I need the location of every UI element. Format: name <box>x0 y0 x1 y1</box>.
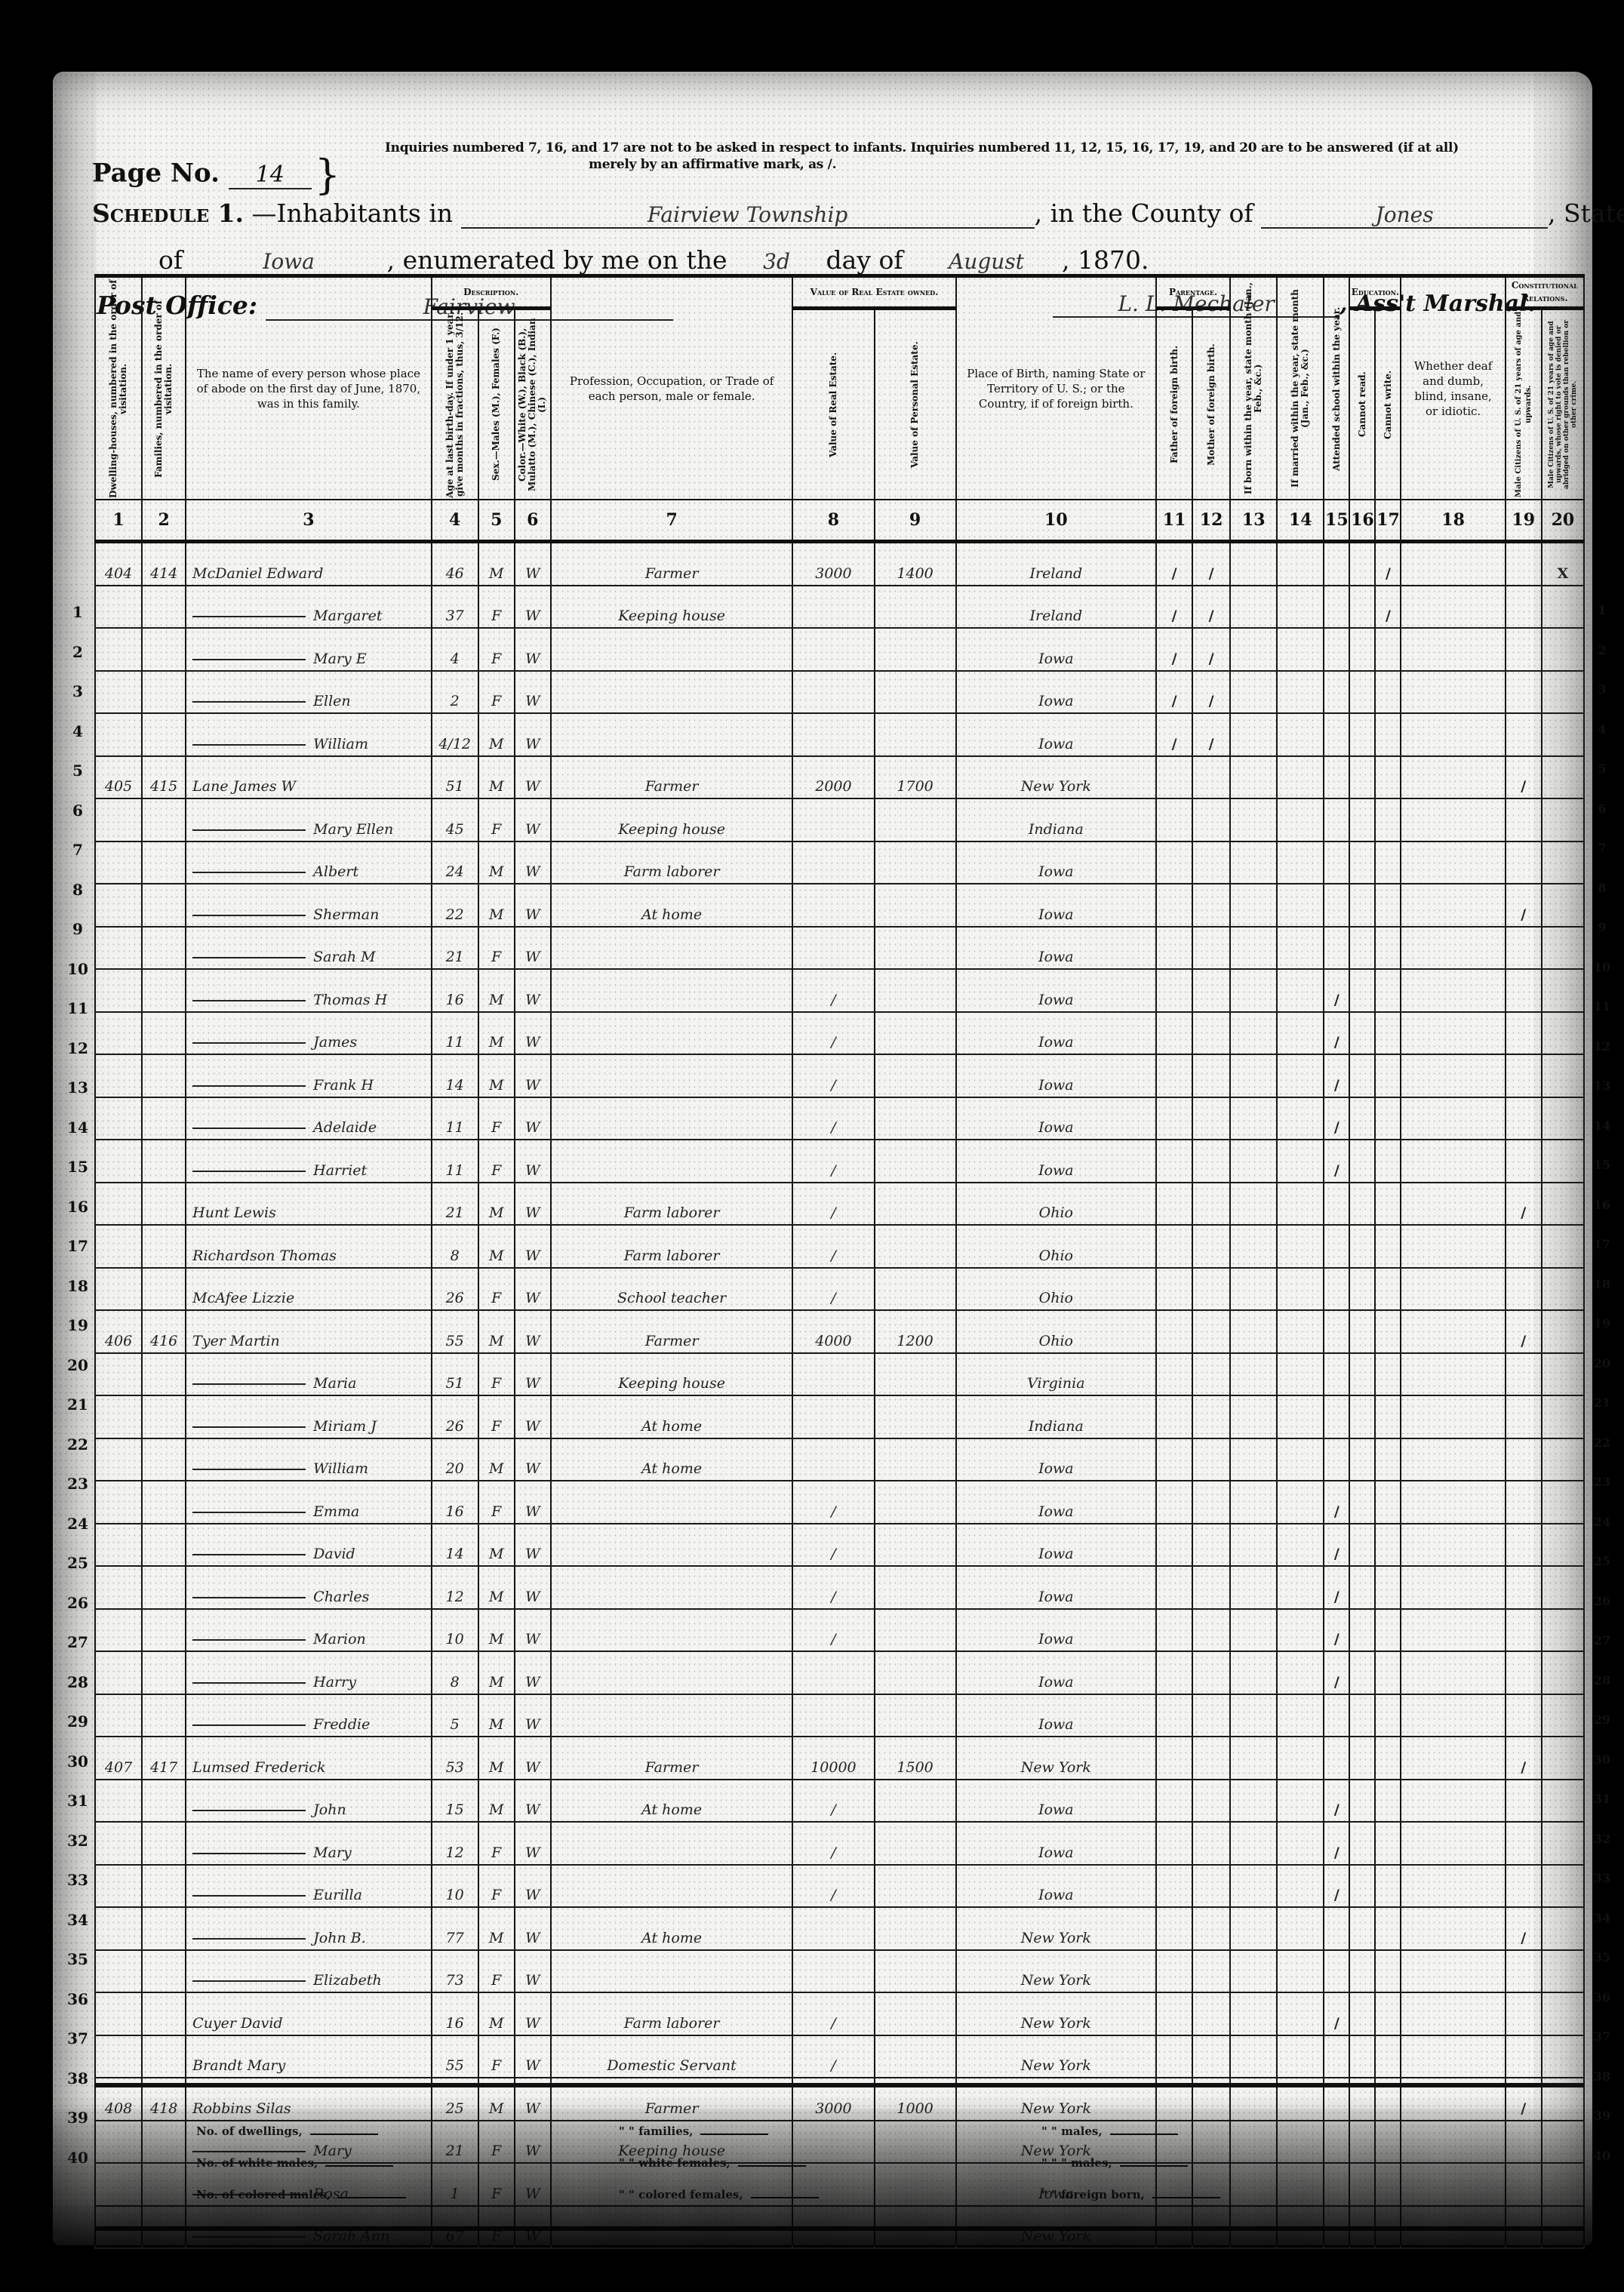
male-citizen-mark-cell <box>1506 969 1542 1012</box>
color: W <box>525 1119 540 1136</box>
mother-foreign-mark: / <box>1209 608 1214 624</box>
person-name: Harriet <box>313 1162 367 1179</box>
color: W <box>525 2015 540 2032</box>
table-row: John B.77MWAt homeNew York/ <box>95 1907 1584 1950</box>
male-citizen-mark-cell: / <box>1506 1907 1542 1950</box>
born-within-year-cell <box>1230 841 1277 884</box>
table-row: James11MW/Iowa/ <box>95 1012 1584 1055</box>
occupation-cell <box>551 1694 792 1737</box>
male-citizen-mark-cell: / <box>1506 756 1542 799</box>
occupation-cell <box>551 927 792 970</box>
table-row: Elizabeth73FWNew York <box>95 1950 1584 1993</box>
age: 8 <box>451 1674 460 1691</box>
cannot-read-mark-cell <box>1349 1651 1375 1694</box>
male-citizen-mark: / <box>1521 1930 1526 1946</box>
birthplace-cell: Virginia <box>956 1353 1156 1396</box>
sex: M <box>489 1034 503 1051</box>
line-number-right: 6 <box>1591 801 1613 816</box>
real-estate-value-cell <box>792 713 874 756</box>
person-name: Miriam J <box>313 1418 377 1435</box>
inquiry-instructions: Inquiries numbered 7, 16, and 17 are not… <box>385 140 1570 173</box>
father-foreign-mark-cell <box>1156 1950 1192 1993</box>
attended-school-mark-cell: / <box>1324 1651 1349 1694</box>
line-number-left: 24 <box>66 1515 89 1533</box>
line-number-right: 39 <box>1591 2109 1613 2123</box>
dwelling-number-cell <box>95 586 142 629</box>
birthplace: Iowa <box>1038 949 1074 965</box>
real-estate-value: / <box>831 1631 835 1647</box>
attended-school-mark-cell: / <box>1324 1481 1349 1524</box>
attended-school-mark: / <box>1334 1801 1339 1818</box>
occupation-cell: Keeping house <box>551 1353 792 1396</box>
father-foreign-mark: / <box>1172 736 1177 752</box>
born-within-year-cell <box>1230 1609 1277 1652</box>
enumerated-label: , enumerated by me on the <box>387 245 727 275</box>
vote-denied-mark-cell <box>1542 884 1584 927</box>
line-number-left: 15 <box>66 1158 89 1176</box>
attended-school-mark-cell <box>1324 927 1349 970</box>
male-citizen-mark-cell <box>1506 2121 1542 2164</box>
table-row: Cuyer David16MWFarm laborer/New York/ <box>95 1992 1584 2035</box>
sex-cell: M <box>478 542 515 586</box>
male-citizen-mark-cell: / <box>1506 1310 1542 1353</box>
age: 11 <box>446 1034 464 1051</box>
line-number-left: 1 <box>66 603 89 621</box>
color-cell: W <box>515 1737 551 1780</box>
dwelling-number-cell <box>95 1225 142 1268</box>
married-within-year-cell <box>1277 1694 1324 1737</box>
color: W <box>525 651 540 667</box>
line-number-left: 28 <box>66 1673 89 1691</box>
male-citizen-mark-cell: / <box>1506 1183 1542 1226</box>
personal-estate-value-cell <box>875 1481 956 1524</box>
personal-estate-value-cell <box>875 1140 956 1183</box>
color: W <box>525 863 540 880</box>
sex: F <box>491 1162 501 1179</box>
sex: M <box>489 1248 503 1264</box>
cannot-read-mark-cell <box>1349 586 1375 629</box>
same-surname-dash <box>192 1000 306 1001</box>
vote-denied-mark-cell <box>1542 2035 1584 2078</box>
sex: M <box>489 1589 503 1605</box>
real-estate-value: / <box>831 2015 835 2032</box>
married-within-year-cell <box>1277 1907 1324 1950</box>
sex: M <box>489 736 503 752</box>
cannot-read-mark-cell <box>1349 1737 1375 1780</box>
line-number-right: 34 <box>1591 1911 1613 1925</box>
male-citizen-mark-cell <box>1506 927 1542 970</box>
person-name-cell: Tyer Martin <box>186 1310 431 1353</box>
table-row: Brandt Mary55FWDomestic Servant/New York <box>95 2035 1584 2078</box>
birthplace-cell: Iowa <box>956 713 1156 756</box>
sex-cell: F <box>478 586 515 629</box>
mother-foreign-mark-cell <box>1192 841 1230 884</box>
occupation: Farm laborer <box>624 1204 720 1221</box>
personal-estate-value-cell <box>875 884 956 927</box>
occupation: At home <box>641 906 702 923</box>
color-cell: W <box>515 927 551 970</box>
color: W <box>525 2057 540 2074</box>
page-number: Page No. 14} <box>92 151 340 198</box>
married-within-year-cell <box>1277 1950 1324 1993</box>
real-estate-value-cell: 3000 <box>792 542 874 586</box>
vote-denied-mark-cell <box>1542 671 1584 714</box>
color: W <box>525 1972 540 1989</box>
birthplace: Iowa <box>1038 1844 1074 1861</box>
married-within-year-cell <box>1277 1865 1324 1908</box>
age-cell: 4 <box>432 628 478 671</box>
person-name: Tyer Martin <box>192 1333 280 1349</box>
same-surname-dash <box>192 829 306 831</box>
of-label: of <box>158 245 183 275</box>
line-number-right: 40 <box>1591 2149 1613 2163</box>
mother-foreign-mark-cell <box>1192 1183 1230 1226</box>
birthplace: Iowa <box>1038 1801 1074 1818</box>
line-number-left: 27 <box>66 1633 89 1651</box>
age-cell: 26 <box>432 1268 478 1311</box>
real-estate-value-cell: 10000 <box>792 1737 874 1780</box>
occupation-cell: At home <box>551 1438 792 1481</box>
male-citizen-mark-cell <box>1506 1566 1542 1609</box>
sex: M <box>489 2015 503 2032</box>
color-cell: W <box>515 1353 551 1396</box>
cannot-write-mark-cell <box>1375 713 1401 756</box>
occupation-cell: Domestic Servant <box>551 2035 792 2078</box>
person-name: Freddie <box>313 1716 370 1733</box>
occupation-cell <box>551 969 792 1012</box>
married-within-year-cell <box>1277 671 1324 714</box>
age: 14 <box>446 1077 464 1094</box>
sex: F <box>491 1119 501 1136</box>
born-within-year-cell <box>1230 1310 1277 1353</box>
line-number-right: 36 <box>1591 1990 1613 2004</box>
sex: M <box>489 1460 503 1477</box>
real-estate-value-cell <box>792 1353 874 1396</box>
real-estate-value-cell: / <box>792 1780 874 1823</box>
attended-school-mark-cell: / <box>1324 969 1349 1012</box>
disability-cell <box>1401 1822 1505 1865</box>
married-within-year-cell <box>1277 1438 1324 1481</box>
line-number-right: 37 <box>1591 2029 1613 2044</box>
line-number-left: 7 <box>66 841 89 859</box>
married-within-year-cell <box>1277 1524 1324 1567</box>
married-within-year-cell <box>1277 1268 1324 1311</box>
dwelling-number-cell <box>95 2035 142 2078</box>
family-number-cell <box>142 1054 186 1097</box>
born-within-year-cell <box>1230 1694 1277 1737</box>
attended-school-mark-cell <box>1324 1950 1349 1993</box>
attended-school-mark-cell <box>1324 884 1349 927</box>
disability-cell <box>1401 841 1505 884</box>
real-estate-value-cell <box>792 927 874 970</box>
personal-estate-value-cell <box>875 1395 956 1438</box>
birthplace: Iowa <box>1038 1119 1074 1136</box>
header-group-row: Dwelling-houses, numbered in the order o… <box>95 276 1584 309</box>
real-estate-value-cell: / <box>792 1566 874 1609</box>
same-surname-dash <box>192 1554 306 1555</box>
birthplace-cell: Iowa <box>956 1524 1156 1567</box>
vote-denied-mark-cell <box>1542 628 1584 671</box>
age-cell: 53 <box>432 1737 478 1780</box>
birthplace-cell: Iowa <box>956 1140 1156 1183</box>
age: 21 <box>446 1204 464 1221</box>
birthplace-cell: Iowa <box>956 884 1156 927</box>
personal-estate-value-cell <box>875 1438 956 1481</box>
dwelling-number-cell <box>95 884 142 927</box>
enumeration-line: of Iowa, enumerated by me on the 3d day … <box>158 245 1149 275</box>
occupation-cell <box>551 1054 792 1097</box>
disability-cell <box>1401 1140 1505 1183</box>
disability-cell <box>1401 671 1505 714</box>
color: W <box>525 736 540 752</box>
cannot-read-mark-cell <box>1349 671 1375 714</box>
sex-cell: F <box>478 628 515 671</box>
color-cell: W <box>515 1183 551 1226</box>
color-cell: W <box>515 1651 551 1694</box>
born-within-year-cell <box>1230 1395 1277 1438</box>
sex-cell: F <box>478 1353 515 1396</box>
person-name: Adelaide <box>313 1119 377 1136</box>
real-estate-value-cell <box>792 1694 874 1737</box>
father-foreign-mark-cell <box>1156 1054 1192 1097</box>
line-number-left: 40 <box>66 2149 89 2167</box>
color-cell: W <box>515 1054 551 1097</box>
age-cell: 51 <box>432 756 478 799</box>
family-number-cell: 416 <box>142 1310 186 1353</box>
attended-school-mark-cell <box>1324 1310 1349 1353</box>
born-within-year-cell <box>1230 1950 1277 1993</box>
line-number-left: 33 <box>66 1871 89 1889</box>
line-number-left: 37 <box>66 2029 89 2047</box>
real-estate-value-cell <box>792 1950 874 1993</box>
married-within-year-cell <box>1277 1140 1324 1183</box>
line-number-right: 11 <box>1591 999 1613 1014</box>
color-cell: W <box>515 1566 551 1609</box>
cannot-read-mark-cell <box>1349 542 1375 586</box>
occupation-cell: Farmer <box>551 1737 792 1780</box>
table-row: Frank H14MW/Iowa/ <box>95 1054 1584 1097</box>
occupation-cell: At home <box>551 1395 792 1438</box>
father-foreign-mark-cell <box>1156 1438 1192 1481</box>
person-name: Harry <box>313 1674 356 1691</box>
sex: M <box>489 1333 503 1349</box>
table-row: Richardson Thomas8MWFarm laborer/Ohio <box>95 1225 1584 1268</box>
family-number: 414 <box>150 565 177 582</box>
age: 22 <box>446 906 464 923</box>
line-number-right: 10 <box>1591 960 1613 974</box>
sex: F <box>491 1290 501 1306</box>
cannot-write-mark-cell: / <box>1375 586 1401 629</box>
occupation-cell: Farm laborer <box>551 1992 792 2035</box>
family-number-cell <box>142 1353 186 1396</box>
age-cell: 8 <box>432 1225 478 1268</box>
birthplace-cell: Ireland <box>956 542 1156 586</box>
schedule-line: Schedule 1. —Inhabitants in Fairview Tow… <box>92 198 1624 229</box>
male-citizen-mark-cell <box>1506 671 1542 714</box>
occupation-cell <box>551 1524 792 1567</box>
line-number-left: 8 <box>66 881 89 899</box>
male-citizen-mark-cell <box>1506 713 1542 756</box>
personal-estate-value-cell <box>875 1907 956 1950</box>
vote-denied-mark-cell <box>1542 1054 1584 1097</box>
family-number-cell <box>142 1097 186 1140</box>
cannot-read-mark-cell <box>1349 628 1375 671</box>
personal-estate-value: 1500 <box>897 1759 933 1776</box>
real-estate-value-cell <box>792 884 874 927</box>
line-number-right: 23 <box>1591 1475 1613 1489</box>
col15-header: Attended school within the year. <box>1324 276 1349 500</box>
line-number-left: 36 <box>66 1990 89 2008</box>
attended-school-mark-cell <box>1324 1694 1349 1737</box>
age-cell: 12 <box>432 1822 478 1865</box>
color: W <box>525 1290 540 1306</box>
born-within-year-cell <box>1230 1225 1277 1268</box>
person-name-cell: John B. <box>186 1907 431 1950</box>
married-within-year-cell <box>1277 841 1324 884</box>
color: W <box>525 1589 540 1605</box>
person-name-cell: John <box>186 1780 431 1823</box>
dwelling-number-cell: 406 <box>95 1310 142 1353</box>
mother-foreign-mark-cell <box>1192 2035 1230 2078</box>
sex: M <box>489 1674 503 1691</box>
person-name-cell: Mary E <box>186 628 431 671</box>
age-cell: 20 <box>432 1438 478 1481</box>
born-within-year-cell <box>1230 1268 1277 1311</box>
cannot-write-mark-cell <box>1375 756 1401 799</box>
personal-estate-value-cell <box>875 1097 956 1140</box>
married-within-year-cell <box>1277 1822 1324 1865</box>
attended-school-mark: / <box>1334 1546 1339 1562</box>
age: 4 <box>451 651 460 667</box>
mother-foreign-mark-cell <box>1192 1524 1230 1567</box>
attended-school-mark: / <box>1334 1589 1339 1605</box>
age: 26 <box>446 1290 464 1306</box>
table-row: Harry8MWIowa/ <box>95 1651 1584 1694</box>
male-citizen-mark-cell <box>1506 841 1542 884</box>
birthplace-cell: Iowa <box>956 1438 1156 1481</box>
born-within-year-cell <box>1230 1524 1277 1567</box>
cannot-read-mark-cell <box>1349 1225 1375 1268</box>
col12-header: Mother of foreign birth. <box>1192 309 1230 500</box>
table-row: William4/12MWIowa// <box>95 713 1584 756</box>
table-row: 404414McDaniel Edward46MWFarmer30001400I… <box>95 542 1584 586</box>
attended-school-mark-cell <box>1324 756 1349 799</box>
table-row: Freddie5MWIowa <box>95 1694 1584 1737</box>
mother-foreign-mark-cell <box>1192 1438 1230 1481</box>
father-foreign-mark-cell <box>1156 1737 1192 1780</box>
vote-denied-mark-cell <box>1542 1140 1584 1183</box>
real-estate-value: / <box>831 2057 835 2074</box>
cannot-write-mark-cell <box>1375 628 1401 671</box>
disability-cell <box>1401 1524 1505 1567</box>
occupation-cell <box>551 1140 792 1183</box>
vote-denied-mark-cell <box>1542 1950 1584 1993</box>
col16-header: Cannot read. <box>1349 309 1375 500</box>
family-number: 417 <box>150 1759 177 1776</box>
born-within-year-cell <box>1230 1651 1277 1694</box>
color-cell: W <box>515 586 551 629</box>
vote-denied-mark-cell <box>1542 2121 1584 2164</box>
family-number: 415 <box>150 778 177 795</box>
color-cell: W <box>515 2035 551 2078</box>
occupation: Farmer <box>645 1333 699 1349</box>
birthplace: Indiana <box>1029 821 1084 838</box>
real-estate-value: / <box>831 1546 835 1562</box>
table-row: William20MWAt homeIowa <box>95 1438 1584 1481</box>
family-number-cell <box>142 1183 186 1226</box>
birthplace: New York <box>1021 2057 1091 2074</box>
person-name-cell: Lane James W <box>186 756 431 799</box>
person-name-cell: Harriet <box>186 1140 431 1183</box>
family-number-cell <box>142 586 186 629</box>
vote-denied-mark-cell <box>1542 1310 1584 1353</box>
birthplace-cell: Ireland <box>956 586 1156 629</box>
father-foreign-mark-cell <box>1156 1609 1192 1652</box>
cannot-read-mark-cell <box>1349 1268 1375 1311</box>
male-citizen-mark: / <box>1521 1759 1526 1776</box>
dwelling-number: 407 <box>105 1759 132 1776</box>
sex: M <box>489 565 503 582</box>
dwelling-number-cell: 405 <box>95 756 142 799</box>
color-cell: W <box>515 1225 551 1268</box>
family-number-cell <box>142 884 186 927</box>
family-number-cell <box>142 1694 186 1737</box>
same-surname-dash <box>192 1639 306 1641</box>
real-estate-value: 4000 <box>815 1333 851 1349</box>
table-row: McAfee Lizzie26FWSchool teacher/Ohio <box>95 1268 1584 1311</box>
real-estate-value: / <box>831 1290 835 1306</box>
sex: F <box>491 608 501 624</box>
attended-school-mark: / <box>1334 992 1339 1008</box>
line-number-left: 3 <box>66 682 89 700</box>
table-row: Thomas H16MW/Iowa/ <box>95 969 1584 1012</box>
cannot-write-mark-cell <box>1375 1097 1401 1140</box>
cannot-write-mark-cell <box>1375 1481 1401 1524</box>
col7-header: Profession, Occupation, or Trade of each… <box>551 276 792 500</box>
same-surname-dash <box>192 1383 306 1385</box>
male-citizen-mark: / <box>1521 778 1526 795</box>
real-estate-value: 3000 <box>815 565 851 582</box>
age-cell: 16 <box>432 1992 478 2035</box>
birthplace-cell: New York <box>956 2035 1156 2078</box>
born-within-year-cell <box>1230 628 1277 671</box>
cannot-write-mark-cell <box>1375 1183 1401 1226</box>
sex-cell: M <box>478 841 515 884</box>
male-citizen-mark-cell <box>1506 628 1542 671</box>
real-estate-value-cell: / <box>792 1481 874 1524</box>
married-within-year-cell <box>1277 1353 1324 1396</box>
birthplace: Iowa <box>1038 1460 1074 1477</box>
disability-cell <box>1401 756 1505 799</box>
vote-denied-mark-cell <box>1542 586 1584 629</box>
mother-foreign-mark-cell <box>1192 1225 1230 1268</box>
cannot-write-mark: / <box>1386 608 1391 624</box>
sex: F <box>491 1418 501 1435</box>
same-surname-dash <box>192 1853 306 1854</box>
disability-cell <box>1401 542 1505 586</box>
occupation: At home <box>641 1930 702 1946</box>
person-name: Emma <box>313 1503 359 1520</box>
person-name-cell: Mary Ellen <box>186 798 431 841</box>
color-cell: W <box>515 1097 551 1140</box>
father-foreign-mark-cell <box>1156 1694 1192 1737</box>
personal-estate-value-cell <box>875 1609 956 1652</box>
line-number-right: 7 <box>1591 841 1613 855</box>
footer-total-item: " " " males, <box>1041 2156 1188 2170</box>
person-name: David <box>313 1546 355 1562</box>
male-citizen-mark-cell <box>1506 1950 1542 1993</box>
color-cell: W <box>515 841 551 884</box>
